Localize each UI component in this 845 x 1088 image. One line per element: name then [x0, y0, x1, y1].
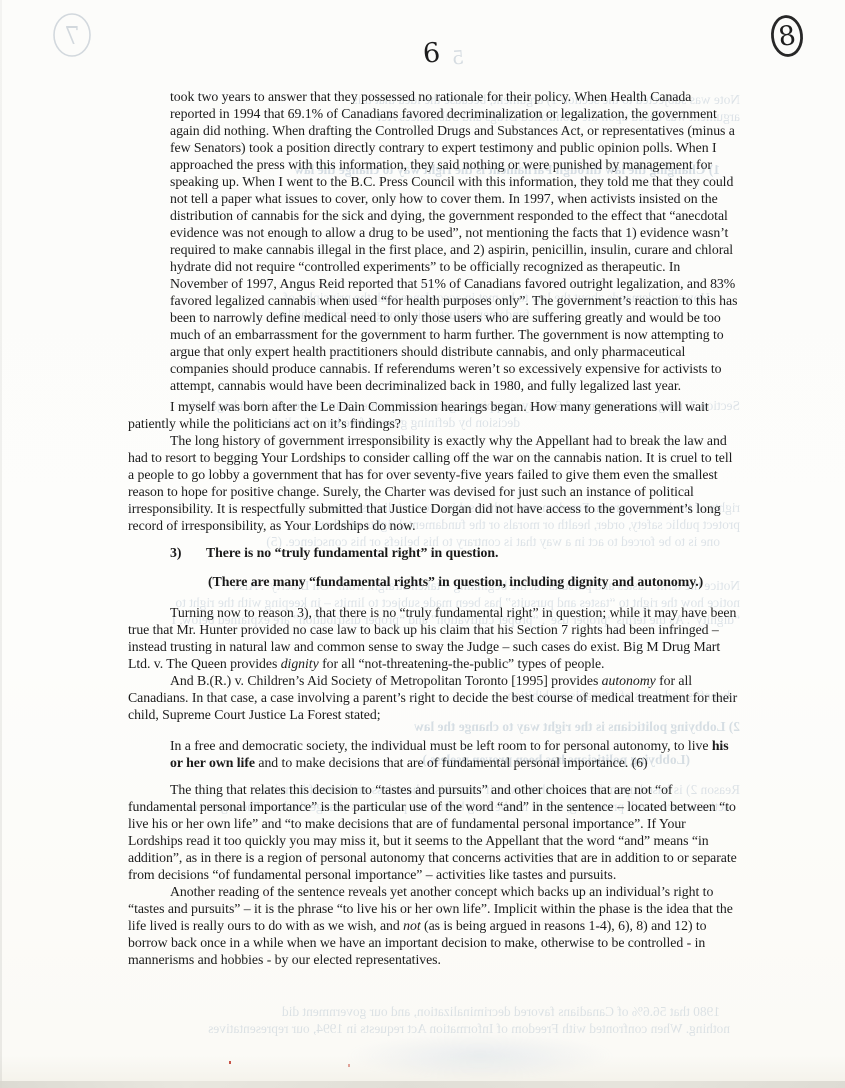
- body-paragraph: The thing that relates this decision to …: [128, 781, 740, 883]
- red-speck: [229, 1061, 231, 1064]
- body-paragraph: And B.(R.) v. Children’s Aid Society of …: [128, 672, 740, 723]
- section-subheading: (There are many “fundamental rights” in …: [208, 573, 740, 590]
- document-body: took two years to answer that they posse…: [128, 88, 740, 968]
- bleedthrough-smudge: [345, 1032, 615, 1080]
- body-paragraph: I myself was born after the Le Dain Comm…: [128, 398, 740, 432]
- body-paragraph: Turning now to reason 3), that there is …: [128, 604, 740, 672]
- section-heading: 3)There is no “truly fundamental right” …: [170, 544, 740, 561]
- scan-bottom-edge: [0, 1081, 845, 1088]
- circled-page-number-digit: 8: [776, 20, 797, 53]
- bleedthrough-text: 1980 that 56.6% of Canadians favored dec…: [140, 1004, 720, 1020]
- bleedthrough-circled-seven-digit: 7: [64, 22, 79, 50]
- scan-left-edge-shadow: [0, 0, 2, 1088]
- body-paragraph-continued: took two years to answer that they posse…: [170, 88, 740, 394]
- handwritten-page-number: 6: [422, 37, 442, 69]
- body-paragraph: Another reading of the sentence reveals …: [128, 883, 740, 968]
- heading-number: 3): [170, 544, 206, 561]
- bleedthrough-circled-seven: 7: [50, 11, 94, 61]
- block-quote: In a free and democratic society, the in…: [170, 737, 740, 771]
- circled-page-number: 8: [769, 11, 807, 63]
- scanned-document-page: Note was subjected to the section 1) arg…: [0, 0, 845, 1088]
- body-paragraph: The long history of government irrespons…: [128, 432, 740, 534]
- bleedthrough-page-number: 5: [451, 47, 465, 70]
- red-speck: [348, 1064, 350, 1067]
